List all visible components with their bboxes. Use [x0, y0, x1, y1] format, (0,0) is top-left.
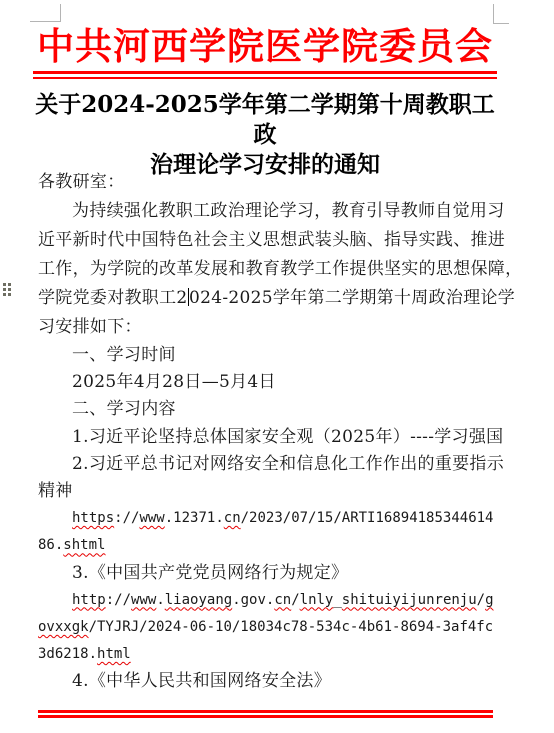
body-text: /2023/07/15/ARTI16894185344614: [241, 510, 494, 526]
body-line[interactable]: 一、学习时间: [38, 342, 498, 369]
spellcheck-flagged-text: http: [72, 592, 106, 608]
body-line[interactable]: 精神: [38, 478, 498, 505]
body-line[interactable]: 3.《中国共产党党员网络行为规定》: [38, 560, 498, 587]
body-text: 024-2025学年第二学期第十周政治理论学: [189, 288, 515, 308]
spellcheck-flagged-text: https: [72, 510, 114, 526]
spellcheck-flagged-text: cn: [224, 510, 241, 526]
body-text: 1.习近平论坚持总体国家安全观（2025年）----学习强国: [72, 427, 503, 447]
letterhead-double-rule: [33, 71, 497, 79]
body-text: 2.习近平总书记对网络安全和信息化工作作出的重要指示: [72, 454, 504, 474]
document-title[interactable]: 关于2024-2025学年第二学期第十周教职工政 治理论学习安排的通知: [33, 90, 497, 180]
body-text: .gov.: [232, 592, 274, 608]
document-body: 各教研室：为持续强化教职工政治理论学习，教育引导教师自觉用习近平新时代中国特色社…: [38, 168, 498, 695]
body-line[interactable]: 各教研室：: [38, 168, 498, 197]
body-text: 二、学习内容: [72, 399, 176, 419]
body-text: 学院党委对教职工2: [38, 288, 188, 308]
body-line[interactable]: https://www.12371.cn/2023/07/15/ARTI1689…: [38, 505, 498, 532]
body-line[interactable]: 近平新时代中国特色社会主义思想武装头脑、指导实践、推进: [38, 226, 498, 255]
body-text: 工作，为学院的改革发展和教育教学工作提供坚实的思想保障，: [38, 259, 522, 279]
body-text: /TYJRJ/2024-06-10/18034c78-534c-4b61-869…: [89, 619, 494, 635]
spellcheck-flagged-text: shituiyijunrenju: [342, 592, 477, 608]
body-line[interactable]: 2.习近平总书记对网络安全和信息化工作作出的重要指示: [38, 451, 498, 478]
body-line[interactable]: 1.习近平论坚持总体国家安全观（2025年）----学习强国: [38, 424, 498, 451]
body-line[interactable]: 习安排如下：: [38, 313, 498, 342]
body-line[interactable]: 工作，为学院的改革发展和教育教学工作提供坚实的思想保障，: [38, 255, 498, 284]
spellcheck-flagged-text: cn: [274, 592, 291, 608]
spellcheck-flagged-text: html: [97, 646, 131, 662]
body-line[interactable]: 3d6218.html: [38, 641, 498, 668]
body-text: 4.《中华人民共和国网络安全法》: [72, 671, 331, 691]
spellcheck-flagged-text: g: [485, 592, 493, 608]
spellcheck-flagged-text: shtml: [63, 537, 105, 553]
body-line[interactable]: 4.《中华人民共和国网络安全法》: [38, 668, 498, 695]
body-line[interactable]: http://www.liaoyang.gov.cn/lnly_shituiyi…: [38, 587, 498, 614]
body-text: /: [291, 592, 299, 608]
body-text: 2025年4月28日—5月4日: [72, 372, 276, 392]
six-dot-drag-handle-icon[interactable]: [3, 283, 11, 296]
body-text: 86.: [38, 537, 63, 553]
spellcheck-flagged-text: www: [131, 592, 156, 608]
letterhead-title[interactable]: 中共河西学院医学院委员会: [33, 24, 497, 68]
body-line[interactable]: 86.shtml: [38, 532, 498, 559]
spellcheck-flagged-text: lnly: [300, 592, 334, 608]
body-line[interactable]: 学院党委对教职工2024-2025学年第二学期第十周政治理论学: [38, 284, 498, 313]
document-page[interactable]: 中共河西学院医学院委员会 关于2024-2025学年第二学期第十周教职工政 治理…: [0, 0, 554, 733]
body-text: 精神: [38, 481, 73, 501]
body-text: _: [333, 592, 341, 608]
body-text: 各教研室：: [38, 172, 125, 192]
body-line[interactable]: 二、学习内容: [38, 396, 498, 423]
body-text: 一、学习时间: [72, 345, 176, 365]
spellcheck-flagged-text: ovxxgk: [38, 619, 89, 635]
footer-double-rule: [38, 710, 493, 718]
body-line[interactable]: ovxxgk/TYJRJ/2024-06-10/18034c78-534c-4b…: [38, 614, 498, 641]
document-title-line1: 关于2024-2025学年第二学期第十周教职工政: [35, 91, 495, 148]
body-text: 为持续强化教职工政治理论学习，教育引导教师自觉用习: [72, 201, 505, 221]
body-text: ://: [106, 592, 131, 608]
body-text: ://: [114, 510, 139, 526]
body-text: .: [156, 592, 164, 608]
body-text: 3d6218.: [38, 646, 97, 662]
body-text: /: [477, 592, 485, 608]
body-text: .12371.: [165, 510, 224, 526]
body-text: 近平新时代中国特色社会主义思想武装头脑、指导实践、推进: [38, 230, 505, 250]
body-line[interactable]: 为持续强化教职工政治理论学习，教育引导教师自觉用习: [38, 197, 498, 226]
spellcheck-flagged-text: liaoyang: [165, 592, 232, 608]
spellcheck-flagged-text: www: [139, 510, 164, 526]
body-text: 3.《中国共产党党员网络行为规定》: [72, 563, 348, 583]
body-line[interactable]: 2025年4月28日—5月4日: [38, 369, 498, 396]
body-text: 习安排如下：: [38, 317, 142, 337]
